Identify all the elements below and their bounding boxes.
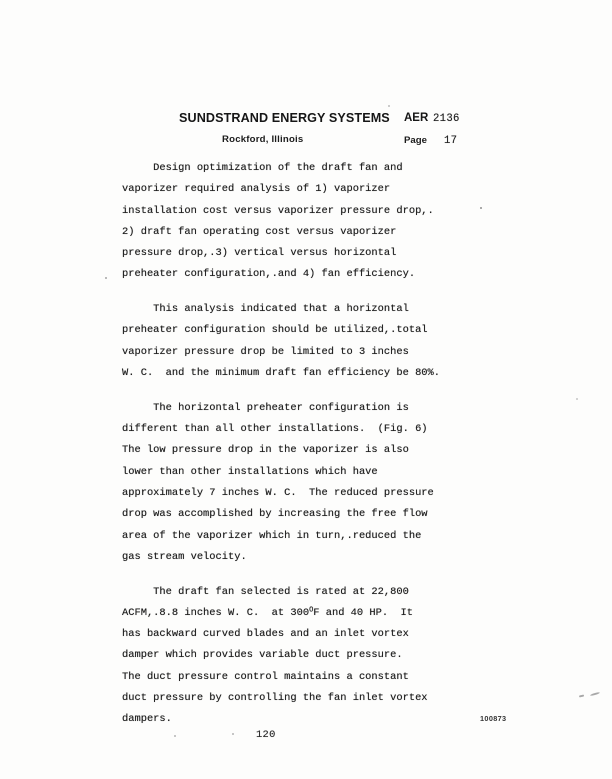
text-line: The horizontal preheater configuration i… [122,398,467,419]
text-line: preheater configuration,.and 4) fan effi… [122,264,467,285]
text-line: The duct pressure control maintains a co… [122,667,467,688]
text-line: The low pressure drop in the vaporizer i… [122,440,467,461]
text-line: duct pressure by controlling the fan inl… [122,688,467,709]
report-number-label: AER [404,112,428,124]
text-line: pressure drop,.3) vertical versus horizo… [122,243,467,264]
paragraph-3: The horizontal preheater configuration i… [122,398,467,568]
scan-speck [388,105,390,107]
text-line: dampers. [122,709,467,730]
page-number-label: Page [404,135,427,146]
text-line: drop was accomplished by increasing the … [122,504,467,525]
text-line-superscript: ACFM,.8.8 inches W. C. at 300OF and 40 H… [122,603,467,624]
text-line: damper which provides variable duct pres… [122,645,467,666]
scan-speck [576,398,578,400]
pencil-mark [579,694,584,697]
text-line: W. C. and the minimum draft fan efficien… [122,363,467,384]
company-location: Rockford, Illinois [222,134,303,145]
company-name: SUNDSTRAND ENERGY SYSTEMS [179,111,390,125]
document-page: SUNDSTRAND ENERGY SYSTEMS Rockford, Illi… [0,0,612,779]
paragraph-2: This analysis indicated that a horizonta… [122,299,467,384]
text-line: preheater configuration should be utiliz… [122,320,467,341]
report-number-value: 2136 [433,113,460,125]
scan-speck [174,735,176,737]
scan-speck [232,733,234,735]
text-line: approximately 7 inches W. C. The reduced… [122,483,467,504]
scan-speck [480,207,482,209]
text-line: area of the vaporizer which in turn,.red… [122,526,467,547]
text-line: different than all other installations. … [122,419,467,440]
text-line: gas stream velocity. [122,547,467,568]
text-line: 2) draft fan operating cost versus vapor… [122,222,467,243]
paragraph-4: The draft fan selected is rated at 22,80… [122,582,467,731]
text-line: This analysis indicated that a horizonta… [122,299,467,320]
footer-page-number: 120 [256,729,276,741]
text-segment: F and 40 HP. It [313,607,413,619]
text-line: lower than other installations which hav… [122,462,467,483]
pencil-mark [590,692,600,697]
text-segment: ACFM,.8.8 inches W. C. at 300 [122,607,309,619]
text-line: installation cost versus vaporizer press… [122,201,467,222]
corner-stamp-number: 100873 [480,714,506,723]
text-line: Design optimization of the draft fan and [122,158,467,179]
text-line: The draft fan selected is rated at 22,80… [122,582,467,603]
text-line: vaporizer pressure drop be limited to 3 … [122,342,467,363]
paragraph-1: Design optimization of the draft fan and… [122,158,467,286]
page-number-value: 17 [444,135,457,147]
scan-speck [105,277,107,279]
document-body: Design optimization of the draft fan and… [122,158,467,731]
text-line: has backward curved blades and an inlet … [122,624,467,645]
text-line: vaporizer required analysis of 1) vapori… [122,179,467,200]
